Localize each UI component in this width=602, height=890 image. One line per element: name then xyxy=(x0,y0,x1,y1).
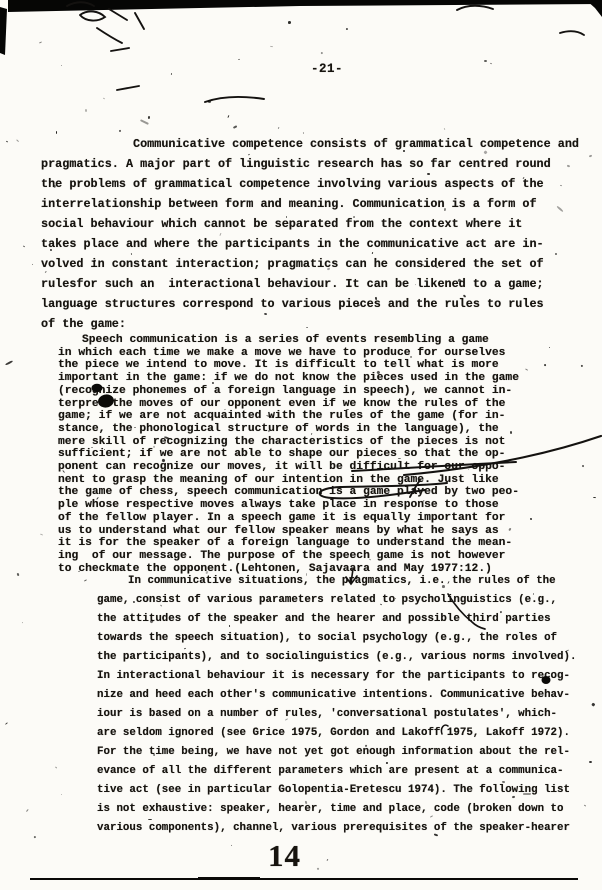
noise-speck xyxy=(16,139,19,142)
noise-speck xyxy=(27,809,29,811)
text-line: nize and heed each other's communicative… xyxy=(97,686,576,705)
text-line: are seldom ignored (see Grice 1975, Gord… xyxy=(97,724,576,743)
text-line: In communicative situations, the pragmat… xyxy=(97,572,576,591)
noise-speck xyxy=(85,109,87,112)
noise-speck xyxy=(134,427,136,428)
noise-speck xyxy=(270,46,273,48)
text-line: the problems of grammatical competence i… xyxy=(41,174,579,194)
noise-speck xyxy=(288,21,291,24)
noise-speck xyxy=(580,365,583,368)
noise-speck xyxy=(140,119,149,124)
noise-speck xyxy=(227,115,229,118)
text-line: ing of our message. The purpose of the s… xyxy=(58,550,519,563)
text-line: towards the speech situation), to social… xyxy=(97,629,576,648)
text-line: rulesfor such an interactional behaviour… xyxy=(41,274,579,294)
text-line: various components), channel, various pr… xyxy=(97,819,576,838)
text-line: the attitudes of the speaker and the hea… xyxy=(97,610,576,629)
noise-speck xyxy=(16,573,19,576)
text-line: game, consist of various parameters rela… xyxy=(97,591,576,610)
noise-speck xyxy=(277,126,279,129)
text-line: social behaviour which cannot be separat… xyxy=(41,214,579,234)
noise-speck xyxy=(490,62,492,64)
text-line: game; if we are not acquainted with the … xyxy=(58,410,519,423)
text-line: interrelationship between form and meani… xyxy=(41,194,579,214)
noise-speck xyxy=(583,805,585,807)
text-line: terpret the moves of our opponent even i… xyxy=(58,398,519,411)
noise-speck xyxy=(592,703,596,707)
noise-speck xyxy=(239,304,242,305)
text-line: Speech communication is a series of even… xyxy=(58,334,519,347)
noise-speck xyxy=(374,296,376,299)
noise-speck xyxy=(510,431,512,434)
noise-speck xyxy=(386,762,388,764)
noise-speck xyxy=(317,868,319,870)
text-line: (recognize phonemes of a foreign languag… xyxy=(58,385,519,398)
noise-speck xyxy=(593,497,596,498)
text-line: the game of chess, speech communication … xyxy=(58,486,519,499)
noise-speck xyxy=(549,347,550,348)
text-line: pragmatics. A major part of linguistic r… xyxy=(41,154,579,174)
noise-speck xyxy=(226,635,228,637)
block-quote: Speech communication is a series of even… xyxy=(58,334,519,575)
bottom-edge-line xyxy=(30,878,578,880)
noise-speck xyxy=(5,722,8,725)
noise-speck xyxy=(5,360,13,365)
noise-speck xyxy=(32,263,34,264)
text-line: language structures correspond to variou… xyxy=(41,294,579,314)
left-edge-bar xyxy=(0,7,7,55)
noise-speck xyxy=(55,766,57,768)
top-edge-bar xyxy=(8,0,602,12)
paragraph-2: In communicative situations, the pragmat… xyxy=(97,572,576,838)
bottom-edge-line-thick xyxy=(198,877,260,880)
noise-speck xyxy=(581,465,584,468)
noise-speck xyxy=(132,600,135,603)
footer-page-number: 14 xyxy=(268,838,301,874)
noise-speck xyxy=(148,116,151,119)
top-right-corner-mark xyxy=(586,0,602,17)
noise-speck xyxy=(530,518,533,520)
noise-speck xyxy=(589,154,593,157)
pen-squiggle xyxy=(457,6,493,10)
noise-speck xyxy=(320,52,322,54)
noise-speck xyxy=(56,131,57,134)
noise-speck xyxy=(589,761,592,763)
noise-speck xyxy=(39,42,42,44)
noise-speck xyxy=(61,65,62,66)
pen-squiggle xyxy=(109,9,127,20)
noise-speck xyxy=(119,130,121,133)
noise-speck xyxy=(544,363,547,366)
noise-speck xyxy=(161,458,165,462)
scanned-page: -21- Communicative competence consists o… xyxy=(0,0,602,890)
pen-squiggle xyxy=(135,13,144,29)
text-line: ponent can recognize our moves, it will … xyxy=(58,461,519,474)
text-line: tive act (see in particular Golopentia-E… xyxy=(97,781,576,800)
pen-dash xyxy=(117,86,139,90)
noise-speck xyxy=(84,580,87,582)
text-line: of the game: xyxy=(41,314,579,334)
noise-speck xyxy=(103,97,105,99)
text-line: sufficient; if we are not able to shape … xyxy=(58,448,519,461)
noise-speck xyxy=(238,59,240,60)
text-line: it is for the speaker of a foreign langu… xyxy=(58,537,519,550)
noise-speck xyxy=(231,845,233,847)
pen-squiggle xyxy=(67,2,94,6)
noise-speck xyxy=(23,245,26,247)
pen-squiggle xyxy=(560,31,584,35)
noise-speck xyxy=(525,368,528,371)
noise-speck xyxy=(375,520,377,521)
text-line: is not exhaustive: speaker, hearer, time… xyxy=(97,800,576,819)
text-line: evance of all the different parameters w… xyxy=(97,762,576,781)
text-line: important in the game: if we do not know… xyxy=(58,372,519,385)
noise-speck xyxy=(345,28,347,30)
text-line: Communicative competence consists of gra… xyxy=(41,134,579,154)
noise-speck xyxy=(61,794,62,795)
header-page-number: -21- xyxy=(311,62,343,76)
text-line: ple whose respective moves always take p… xyxy=(58,499,519,512)
noise-speck xyxy=(229,625,230,627)
text-line: nent to grasp the meaning of our intenti… xyxy=(58,474,519,487)
noise-speck xyxy=(33,835,36,838)
text-line: mere skill of recognizing the characteri… xyxy=(58,436,519,449)
text-line: stance, the phonological structure of wo… xyxy=(58,423,519,436)
noise-speck xyxy=(171,73,172,75)
text-line: In interactional behaviour it is necessa… xyxy=(97,667,576,686)
text-line: of the fellow player. In a speech game i… xyxy=(58,512,519,525)
pen-squiggle xyxy=(111,48,129,51)
text-line: takes place and where the participants i… xyxy=(41,234,579,254)
text-line: For the time being, we have not yet got … xyxy=(97,743,576,762)
noise-speck xyxy=(78,571,80,572)
noise-speck xyxy=(484,60,487,62)
text-line: volved in constant interaction; pragmati… xyxy=(41,254,579,274)
text-line: in which each time we make a move we hav… xyxy=(58,347,519,360)
noise-speck xyxy=(40,534,43,536)
noise-speck xyxy=(6,141,8,143)
noise-speck xyxy=(208,100,211,103)
noise-speck xyxy=(327,858,329,860)
paragraph-1: Communicative competence consists of gra… xyxy=(41,134,579,334)
noise-speck xyxy=(560,185,562,186)
text-line: iour is based on a number of rules, 'con… xyxy=(97,705,576,724)
noise-speck xyxy=(233,125,237,128)
text-line: us to understand what our fellow speaker… xyxy=(58,525,519,538)
pen-squiggle xyxy=(97,28,122,43)
noise-speck xyxy=(443,128,445,130)
pen-squiggle xyxy=(80,11,105,20)
text-line: the participants), and to sociolinguisti… xyxy=(97,648,576,667)
pen-dash xyxy=(205,97,264,102)
text-line: the piece we intend to move. It is diffi… xyxy=(58,359,519,372)
noise-speck xyxy=(21,622,23,624)
